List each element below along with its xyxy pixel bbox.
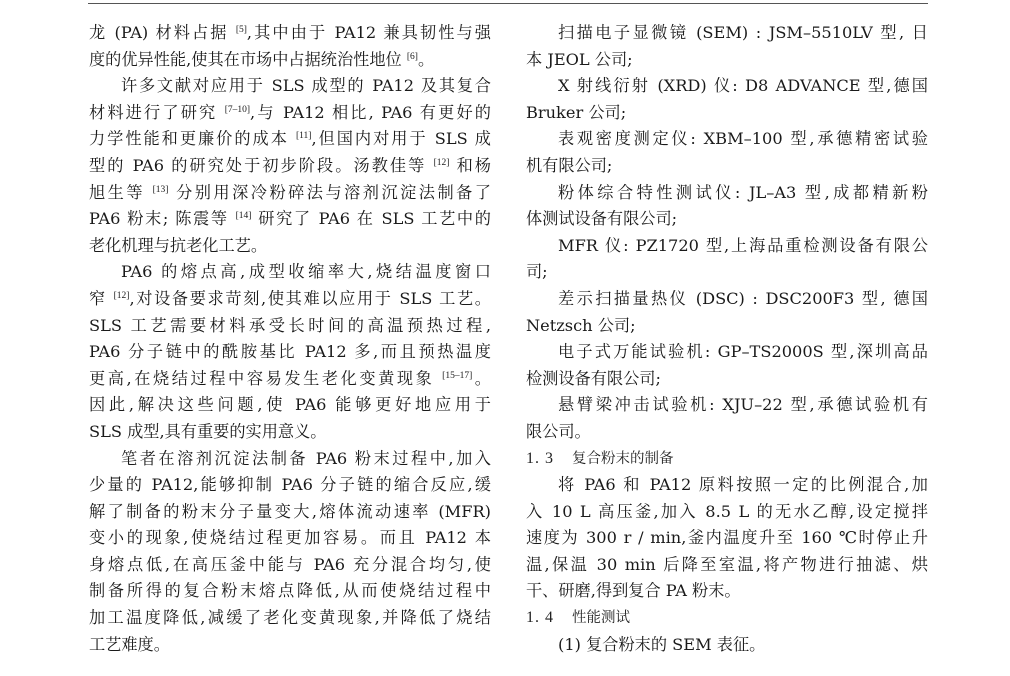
line-text-tail: 。 [418, 50, 434, 69]
line-text-tail: 。 [472, 369, 491, 388]
text-line: 体测试设备有限公司; [526, 206, 928, 233]
line-text: 速度为 300 r / min,釜内温度升至 160 ℃时停止升 [526, 528, 928, 547]
text-line: 差示扫描量热仪 (DSC) : DSC200F3 型, 德国 [526, 286, 928, 313]
text-line: 身熔点低,在高压釜中能与 PA6 充分混合均匀,使 [89, 552, 491, 579]
text-line: 许多文献对应用于 SLS 成型的 PA12 及其复合 [89, 73, 491, 100]
section-heading: 1. 4性能测试 [526, 605, 928, 632]
citation-ref[interactable]: [11] [296, 131, 311, 141]
text-line: SLS 成型,具有重要的实用意义。 [89, 419, 491, 446]
text-line: X 射线衍射 (XRD) 仪: D8 ADVANCE 型,德国 [526, 73, 928, 100]
line-text: 型的 PA6 的研究处于初步阶段。汤教佳等 [89, 156, 434, 175]
text-line: SLS 工艺需要材料承受长时间的高温预热过程, [89, 313, 491, 340]
citation-ref[interactable]: [14] [236, 211, 252, 221]
text-line: 力学性能和更廉价的成本 [11],但国内对用于 SLS 成 [89, 126, 491, 153]
line-text: 制备所得的复合粉末熔点降低,从而使烧结过程中 [89, 581, 491, 600]
line-text-tail: ,其中由于 PA12 兼具韧性与强 [247, 23, 491, 42]
text-line: 因此,解决这些问题,使 PA6 能够更好地应用于 [89, 392, 491, 419]
text-line: 悬臂梁冲击试验机: XJU–22 型,承德试验机有 [526, 392, 928, 419]
line-text: 少量的 PA12,能够抑制 PA6 分子链的缩合反应,缓 [89, 475, 491, 494]
line-text: 笔者在溶剂沉淀法制备 PA6 粉末过程中,加入 [121, 449, 491, 468]
section-heading: 1. 3复合粉末的制备 [526, 446, 928, 473]
section-title: 性能测试 [572, 610, 630, 626]
line-text-tail: ,对设备要求苛刻,使其难以应用于 SLS 工艺。 [129, 289, 491, 308]
citation-ref[interactable]: [7–10] [225, 105, 250, 115]
line-text: 体测试设备有限公司; [526, 209, 677, 228]
text-line: Netzsch 公司; [526, 313, 928, 340]
line-text: 悬臂梁冲击试验机: XJU–22 型,承德试验机有 [558, 395, 928, 414]
text-line: 解了制备的粉末分子量变大,熔体流动速率 (MFR) [89, 499, 491, 526]
section-title: 复合粉末的制备 [572, 451, 674, 467]
text-line: 工艺难度。 [89, 632, 491, 659]
text-line: 加工温度降低,减缓了老化变黄现象,并降低了烧结 [89, 605, 491, 632]
text-line: 龙 (PA) 材料占据 [5],其中由于 PA12 兼具韧性与强 [89, 20, 491, 47]
line-text: 解了制备的粉末分子量变大,熔体流动速率 (MFR) [89, 502, 491, 521]
text-line: 型的 PA6 的研究处于初步阶段。汤教佳等 [12] 和杨 [89, 153, 491, 180]
line-text: 干、研磨,得到复合 PA 粉末。 [526, 581, 741, 600]
citation-ref[interactable]: [15–17] [442, 371, 472, 381]
line-text-tail: 和杨 [449, 156, 491, 175]
left-text-column: 龙 (PA) 材料占据 [5],其中由于 PA12 兼具韧性与强度的优异性能,使… [89, 20, 491, 658]
line-text: PA6 分子链中的酰胺基比 PA12 多,而且预热温度 [89, 342, 491, 361]
line-text: 入 10 L 高压釜,加入 8.5 L 的无水乙醇,设定搅拌 [526, 502, 928, 521]
citation-ref[interactable]: [5] [236, 25, 247, 35]
citation-ref[interactable]: [6] [407, 52, 418, 62]
text-line: 将 PA6 和 PA12 原料按照一定的比例混合,加 [526, 472, 928, 499]
line-text: 将 PA6 和 PA12 原料按照一定的比例混合,加 [558, 475, 928, 494]
line-text: SLS 成型,具有重要的实用意义。 [89, 422, 326, 441]
line-text-tail: 分别用深冷粉碎法与溶剂沉淀法制备了 [168, 183, 491, 202]
line-text: 司; [526, 262, 548, 281]
text-line: 变小的现象,使烧结过程更加容易。而且 PA12 本 [89, 525, 491, 552]
line-text: 温,保温 30 min 后降至室温,将产物进行抽滤、烘 [526, 555, 928, 574]
text-line: 材料进行了研究 [7–10],与 PA12 相比, PA6 有更好的 [89, 100, 491, 127]
text-line: 限公司。 [526, 419, 928, 446]
text-line: 笔者在溶剂沉淀法制备 PA6 粉末过程中,加入 [89, 446, 491, 473]
text-line: 扫描电子显微镜 (SEM) : JSM–5510LV 型, 日 [526, 20, 928, 47]
line-text: 变小的现象,使烧结过程更加容易。而且 PA12 本 [89, 528, 491, 547]
line-text: 力学性能和更廉价的成本 [89, 129, 296, 148]
line-text: 更高,在烧结过程中容易发生老化变黄现象 [89, 369, 442, 388]
text-line: 制备所得的复合粉末熔点降低,从而使烧结过程中 [89, 578, 491, 605]
line-text: SLS 工艺需要材料承受长时间的高温预热过程, [89, 316, 491, 335]
line-text: Bruker 公司; [526, 103, 626, 122]
line-text: 本 JEOL 公司; [526, 50, 633, 69]
line-text: 老化机理与抗老化工艺。 [89, 236, 267, 255]
line-text: 电子式万能试验机: GP–TS2000S 型,深圳高品 [558, 342, 928, 361]
line-text: 机有限公司; [526, 156, 612, 175]
line-text: PA6 的熔点高,成型收缩率大,烧结温度窗口 [121, 262, 491, 281]
text-line: 少量的 PA12,能够抑制 PA6 分子链的缩合反应,缓 [89, 472, 491, 499]
text-line: 老化机理与抗老化工艺。 [89, 233, 491, 260]
text-line: 电子式万能试验机: GP–TS2000S 型,深圳高品 [526, 339, 928, 366]
text-line: MFR 仪: PZ1720 型,上海品重检测设备有限公 [526, 233, 928, 260]
text-line: 干、研磨,得到复合 PA 粉末。 [526, 578, 928, 605]
text-line: (1) 复合粉末的 SEM 表征。 [526, 632, 928, 659]
citation-ref[interactable]: [13] [153, 185, 169, 195]
line-text: (1) 复合粉末的 SEM 表征。 [558, 635, 765, 654]
line-text-tail: ,但国内对用于 SLS 成 [311, 129, 491, 148]
text-line: 旭生等 [13] 分别用深冷粉碎法与溶剂沉淀法制备了 [89, 180, 491, 207]
right-text-column: 扫描电子显微镜 (SEM) : JSM–5510LV 型, 日本 JEOL 公司… [526, 20, 928, 658]
section-number: 1. 4 [526, 609, 554, 626]
line-text: 许多文献对应用于 SLS 成型的 PA12 及其复合 [121, 76, 491, 95]
text-line: 更高,在烧结过程中容易发生老化变黄现象 [15–17]。 [89, 366, 491, 393]
text-line: PA6 分子链中的酰胺基比 PA12 多,而且预热温度 [89, 339, 491, 366]
line-text: 度的优异性能,使其在市场中占据统治性地位 [89, 50, 407, 69]
line-text: 龙 (PA) 材料占据 [89, 23, 236, 42]
citation-ref[interactable]: [12] [114, 291, 130, 301]
text-line: 窄 [12],对设备要求苛刻,使其难以应用于 SLS 工艺。 [89, 286, 491, 313]
text-line: 速度为 300 r / min,釜内温度升至 160 ℃时停止升 [526, 525, 928, 552]
line-text: 工艺难度。 [89, 635, 170, 654]
text-line: Bruker 公司; [526, 100, 928, 127]
section-number: 1. 3 [526, 450, 554, 467]
text-line: 检测设备有限公司; [526, 366, 928, 393]
text-line: 温,保温 30 min 后降至室温,将产物进行抽滤、烘 [526, 552, 928, 579]
text-line: 表观密度测定仪: XBM–100 型,承德精密试验 [526, 126, 928, 153]
line-text: MFR 仪: PZ1720 型,上海品重检测设备有限公 [558, 236, 928, 255]
line-text: 检测设备有限公司; [526, 369, 661, 388]
line-text: X 射线衍射 (XRD) 仪: D8 ADVANCE 型,德国 [558, 76, 928, 95]
line-text: 差示扫描量热仪 (DSC) : DSC200F3 型, 德国 [558, 289, 928, 308]
line-text: 粉体综合特性测试仪: JL–A3 型,成都精新粉 [558, 183, 928, 202]
line-text: 扫描电子显微镜 (SEM) : JSM–5510LV 型, 日 [558, 23, 928, 42]
line-text: 加工温度降低,减缓了老化变黄现象,并降低了烧结 [89, 608, 491, 627]
header-rule [88, 3, 928, 4]
line-text: 旭生等 [89, 183, 153, 202]
line-text: 表观密度测定仪: XBM–100 型,承德精密试验 [558, 129, 928, 148]
citation-ref[interactable]: [12] [434, 158, 450, 168]
line-text: 因此,解决这些问题,使 PA6 能够更好地应用于 [89, 395, 491, 414]
text-line: PA6 粉末; 陈震等 [14] 研究了 PA6 在 SLS 工艺中的 [89, 206, 491, 233]
line-text: 限公司。 [526, 422, 591, 441]
text-line: PA6 的熔点高,成型收缩率大,烧结温度窗口 [89, 259, 491, 286]
line-text-tail: ,与 PA12 相比, PA6 有更好的 [250, 103, 491, 122]
line-text: PA6 粉末; 陈震等 [89, 209, 236, 228]
line-text-tail: 研究了 PA6 在 SLS 工艺中的 [251, 209, 491, 228]
text-line: 本 JEOL 公司; [526, 47, 928, 74]
text-line: 入 10 L 高压釜,加入 8.5 L 的无水乙醇,设定搅拌 [526, 499, 928, 526]
text-line: 机有限公司; [526, 153, 928, 180]
line-text: Netzsch 公司; [526, 316, 636, 335]
line-text: 窄 [89, 289, 114, 308]
line-text: 身熔点低,在高压釜中能与 PA6 充分混合均匀,使 [89, 555, 491, 574]
line-text: 材料进行了研究 [89, 103, 225, 122]
text-line: 司; [526, 259, 928, 286]
text-line: 度的优异性能,使其在市场中占据统治性地位 [6]。 [89, 47, 491, 74]
text-line: 粉体综合特性测试仪: JL–A3 型,成都精新粉 [526, 180, 928, 207]
